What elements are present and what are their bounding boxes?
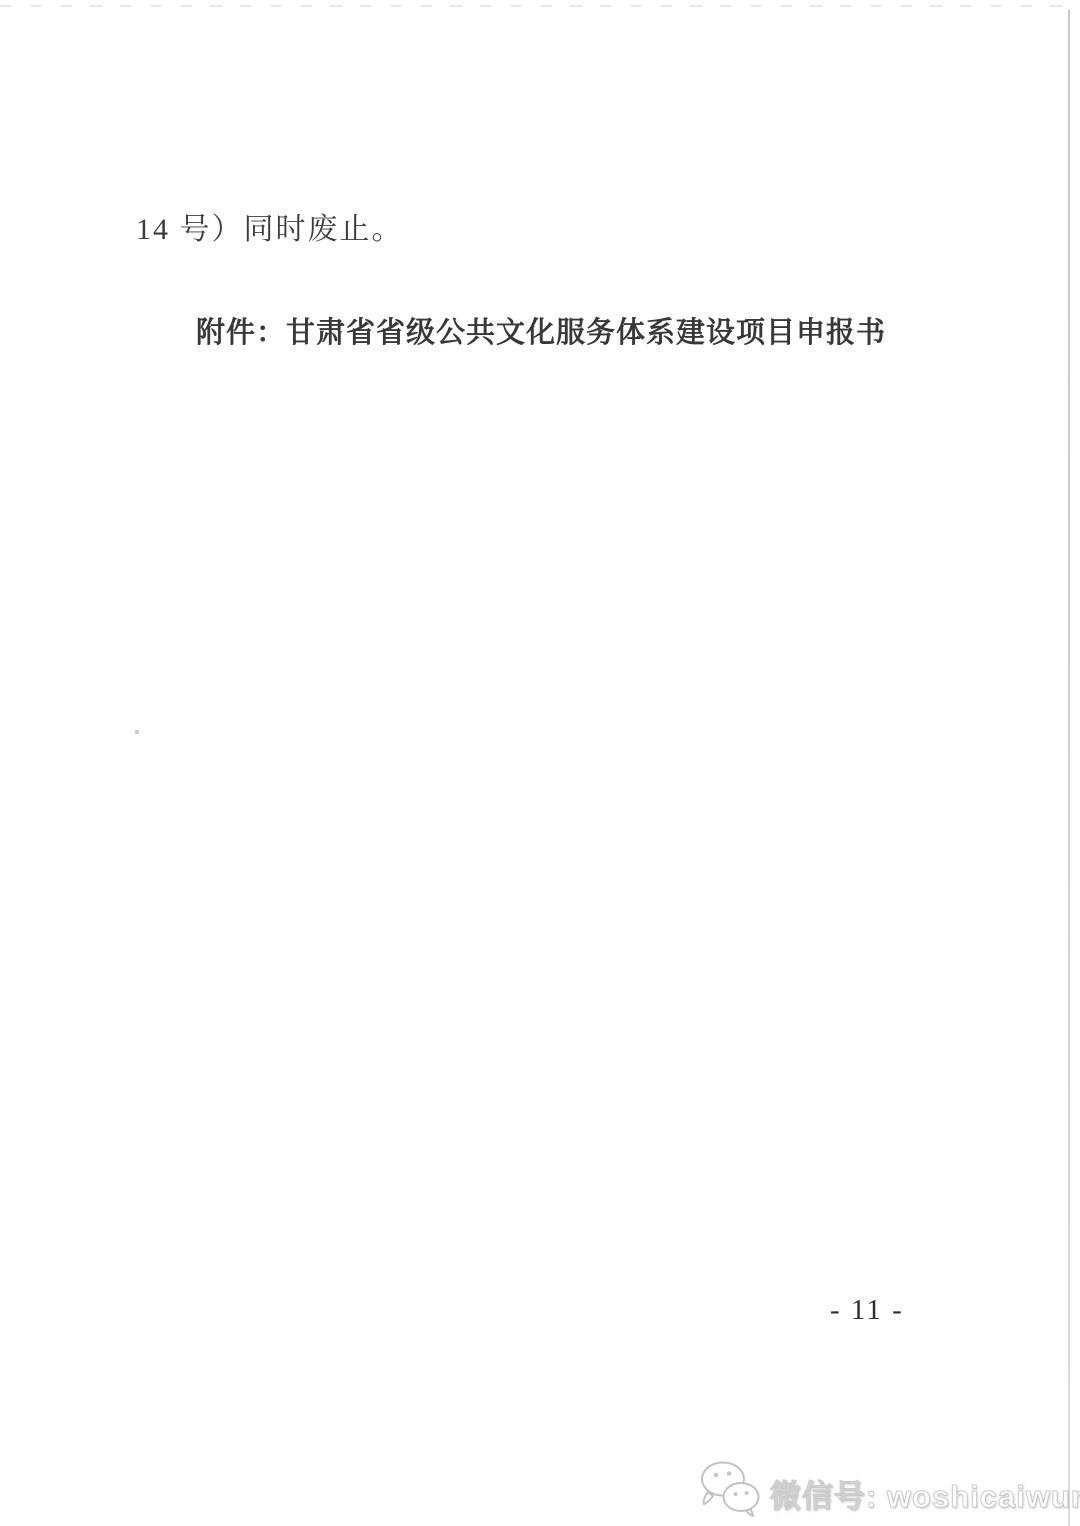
attachment-reference-line: 附件：甘肃省省级公共文化服务体系建设项目申报书	[196, 310, 886, 351]
wechat-icon	[698, 1461, 762, 1519]
watermark-text: 微信号: woshicaiwuren	[770, 1471, 1080, 1516]
scan-artifact-top-dashes	[0, 5, 1080, 7]
body-text-line: 14 号）同时废止。	[136, 204, 404, 248]
scan-artifact-speck	[135, 730, 139, 734]
scan-artifact-vertical-line	[1068, 10, 1070, 1526]
wechat-watermark: 微信号: woshicaiwuren	[698, 1461, 1080, 1519]
document-page: 14 号）同时废止。 附件：甘肃省省级公共文化服务体系建设项目申报书 - 11 …	[0, 0, 1080, 1526]
page-number: - 11 -	[830, 1294, 904, 1327]
